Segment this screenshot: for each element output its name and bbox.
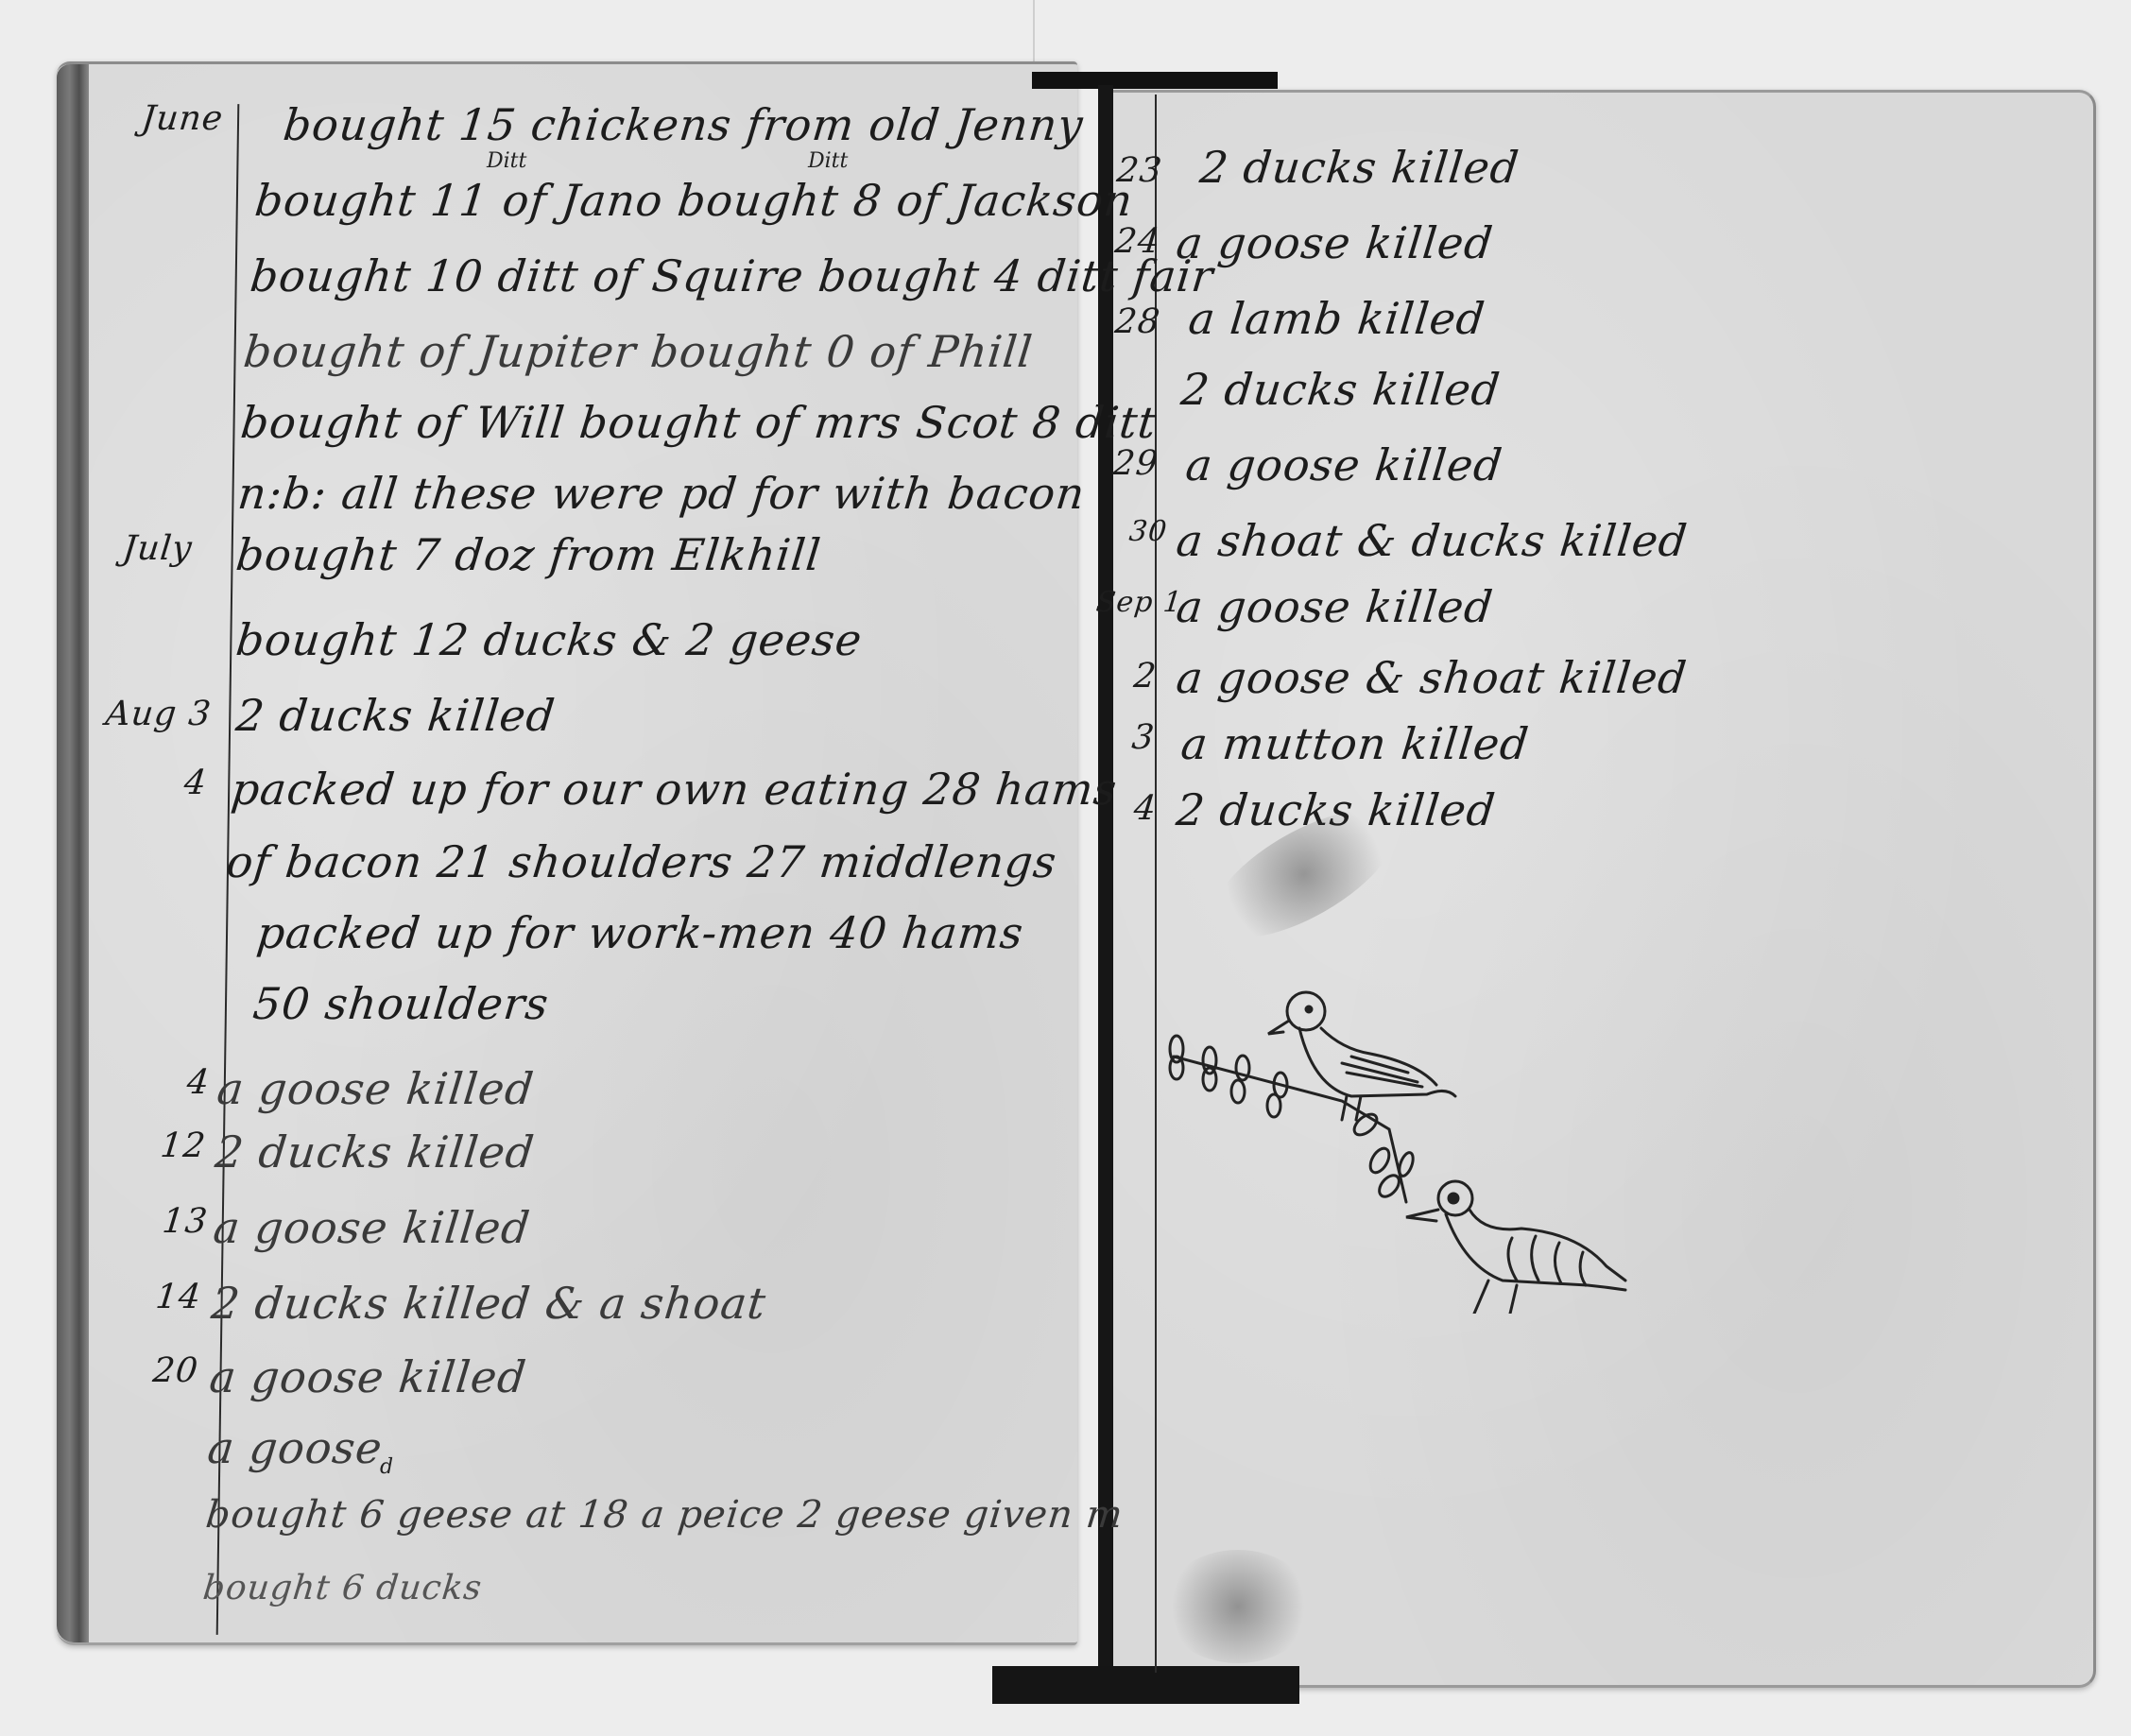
entry-date: 23 [1115,151,1164,190]
entry-text: a goose killed [215,1063,537,1114]
bird-sketch [1162,954,1729,1314]
entry-text: bought of Jupiter bought 0 of Phill [241,326,1035,377]
entry-date: 4 [185,1063,212,1102]
entry-text: 50 shoulders [250,978,551,1029]
entry-text: 2 ducks killed [213,1126,537,1177]
entry-text: packed up for work-men 40 hams [254,907,1026,958]
entry-text: a goose killed [1183,439,1505,490]
entry-date: 3 [1130,718,1157,757]
entry-text: of bacon 21 shoulders 27 middlengs [224,836,1059,887]
entry-date: 29 [1111,444,1160,483]
entry-text: bought 7 doz from Elkhill [233,529,823,580]
entry-text: a shoat & ducks killed [1174,515,1690,566]
binding-spine-strip [1098,85,1113,1675]
entry-text: a mutton killed [1178,718,1532,769]
pence-mark: d [380,1455,393,1479]
entry-date: Sep 1 [1094,586,1184,619]
entry-date: July [121,529,195,568]
entry-text: bought 15 chickens from old Jenny [281,99,1086,150]
entry-text: bought 12 ducks & 2 geese [233,614,865,665]
entry-date: 14 [154,1278,203,1316]
entry-text: 2 ducks killed [233,690,558,741]
entry-text: 2 ducks killed [1197,142,1521,193]
entry-text: a goose [205,1422,385,1473]
entry-text: bought 6 geese at 18 a peice 2 geese giv… [204,1493,1126,1537]
entry-date: Aug 3 [104,695,214,733]
entry-text: packed up for our own eating 28 hams [229,764,1120,815]
entry-text: bought of Will bought of mrs Scot 8 ditt [238,397,1159,448]
ditto-mark: Ditt [808,149,848,173]
entry-date: 28 [1113,302,1162,341]
entry-text: a goose killed [211,1202,533,1253]
ink-stain [1162,1550,1314,1663]
entry-text: a goose & shoat killed [1174,652,1690,703]
binding-top-bar [1032,72,1278,89]
entry-text: 2 ducks killed & a shoat [209,1278,768,1329]
entry-text: 2 ducks killed [1178,364,1503,415]
entry-text: bought 10 ditt of Squire bought 4 ditt f… [248,250,1216,301]
book-edge [57,64,89,1642]
binding-bottom-bar [992,1666,1299,1704]
entry-text: a goose killed [1174,217,1496,268]
entry-text: bought 6 ducks [201,1569,484,1607]
entry-date: June [140,99,225,138]
entry-text: bought 11 of Jano bought 8 of Jackson [252,175,1136,226]
ditto-mark: Ditt [487,149,526,173]
entry-text: a goose killed [1174,581,1496,632]
entry-date: 4 [182,764,209,802]
entry-date: 13 [161,1202,210,1241]
entry-date: 2 [1132,657,1159,696]
entry-text: a goose killed [207,1351,529,1402]
entry-text: n:b: all these were pd for with bacon [235,468,1088,519]
entry-date: 30 [1127,515,1169,548]
entry-date: 4 [1132,789,1159,828]
entry-date: 12 [159,1126,208,1165]
entry-text: a lamb killed [1186,293,1487,344]
entry-date: 24 [1113,222,1162,261]
entry-date: 20 [151,1351,200,1390]
